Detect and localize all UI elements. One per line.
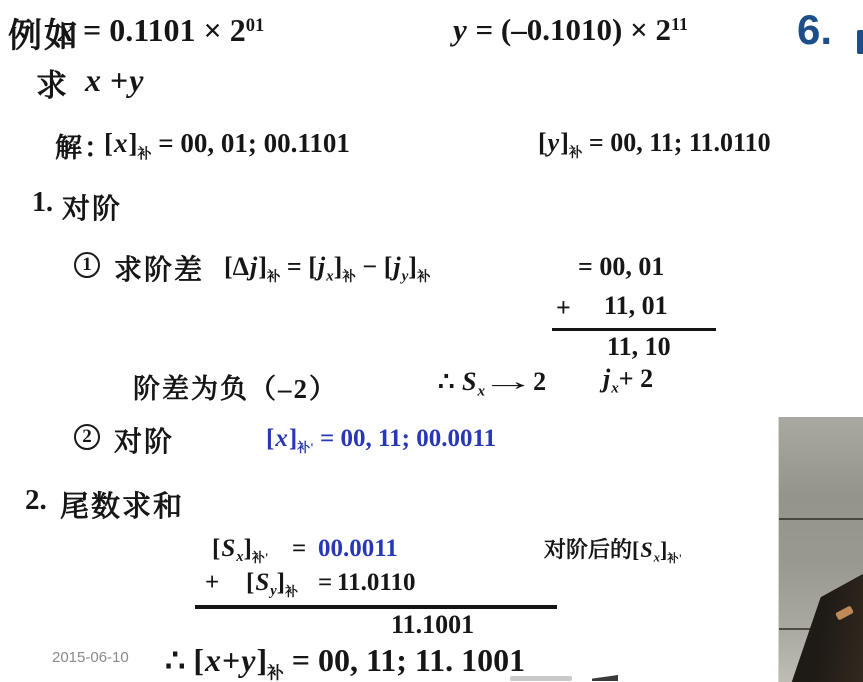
wall-panel-seam <box>779 518 863 520</box>
webcam-overlay <box>778 417 863 682</box>
x-complement: [x]补 = 00, 01; 00.1101 <box>104 128 350 163</box>
sx-equals: = <box>292 535 306 563</box>
lecture-slide: 例如 x = 0.1101 × 201 y = (–0.1010) × 211 … <box>0 0 863 682</box>
exponent-diff-result: = 00, 01 <box>578 252 664 282</box>
sy-label: [Sy]补 <box>246 569 298 600</box>
date-stamp: 2015-06-10 <box>52 649 129 666</box>
diff-negative-note: 阶差为负（–2） <box>133 367 338 406</box>
sx-label: [Sx]补' <box>212 535 268 566</box>
y-definition: y = (–0.1010) × 211 <box>452 12 688 48</box>
addition-rule-line <box>552 328 716 331</box>
mantissa-plus-sign: + <box>205 569 219 597</box>
step1-sub1-label: 求阶差 <box>114 248 204 288</box>
circled-1: 1 <box>74 252 100 278</box>
section-number-cut-glyph <box>857 30 863 54</box>
find-label: 求 <box>36 60 69 105</box>
addition-plus-sign: + <box>556 293 571 323</box>
x-definition: x = 0.1101 × 201 <box>57 12 264 49</box>
sy-equals: = <box>318 569 332 597</box>
mantissa-sum: 11.1001 <box>391 610 474 640</box>
y-complement: [y]补 = 00, 11; 11.0110 <box>538 128 771 161</box>
laptop-silhouette <box>779 417 863 682</box>
cut-off-text-mark <box>510 676 572 681</box>
addition-sum: 11, 10 <box>607 332 671 362</box>
sx-annotation: 对阶后的[Sx]补' <box>544 533 682 566</box>
find-expression: x +y <box>84 62 144 99</box>
aligned-x-complement: [x]补' = 00, 11; 00.0011 <box>266 425 496 456</box>
section-number: 6. <box>797 6 832 54</box>
step2-title: 尾数求和 <box>60 484 184 525</box>
final-result: ∴ [x+y]补 = 00, 11; 11. 1001 <box>165 641 525 682</box>
step1-sub2-label: 对阶 <box>114 420 174 460</box>
circled-2: 2 <box>74 424 100 450</box>
sy-value: 11.0110 <box>337 569 416 597</box>
addition-value: 11, 01 <box>604 291 668 321</box>
step1-title: 对阶 <box>62 187 122 227</box>
exponent-diff-formula: [Δj]补 = [jx]补 − [jy]补 <box>224 252 431 285</box>
mantissa-rule-line <box>195 605 557 609</box>
jx-adjust: jx+ 2 <box>602 364 653 397</box>
step2-number: 2. <box>25 484 47 517</box>
cut-off-glyph-mark <box>592 675 618 681</box>
therefore-shift-sx: ∴ Sx→2 <box>438 367 546 400</box>
sx-value: 00.0011 <box>318 535 398 563</box>
step1-number: 1. <box>32 187 53 219</box>
